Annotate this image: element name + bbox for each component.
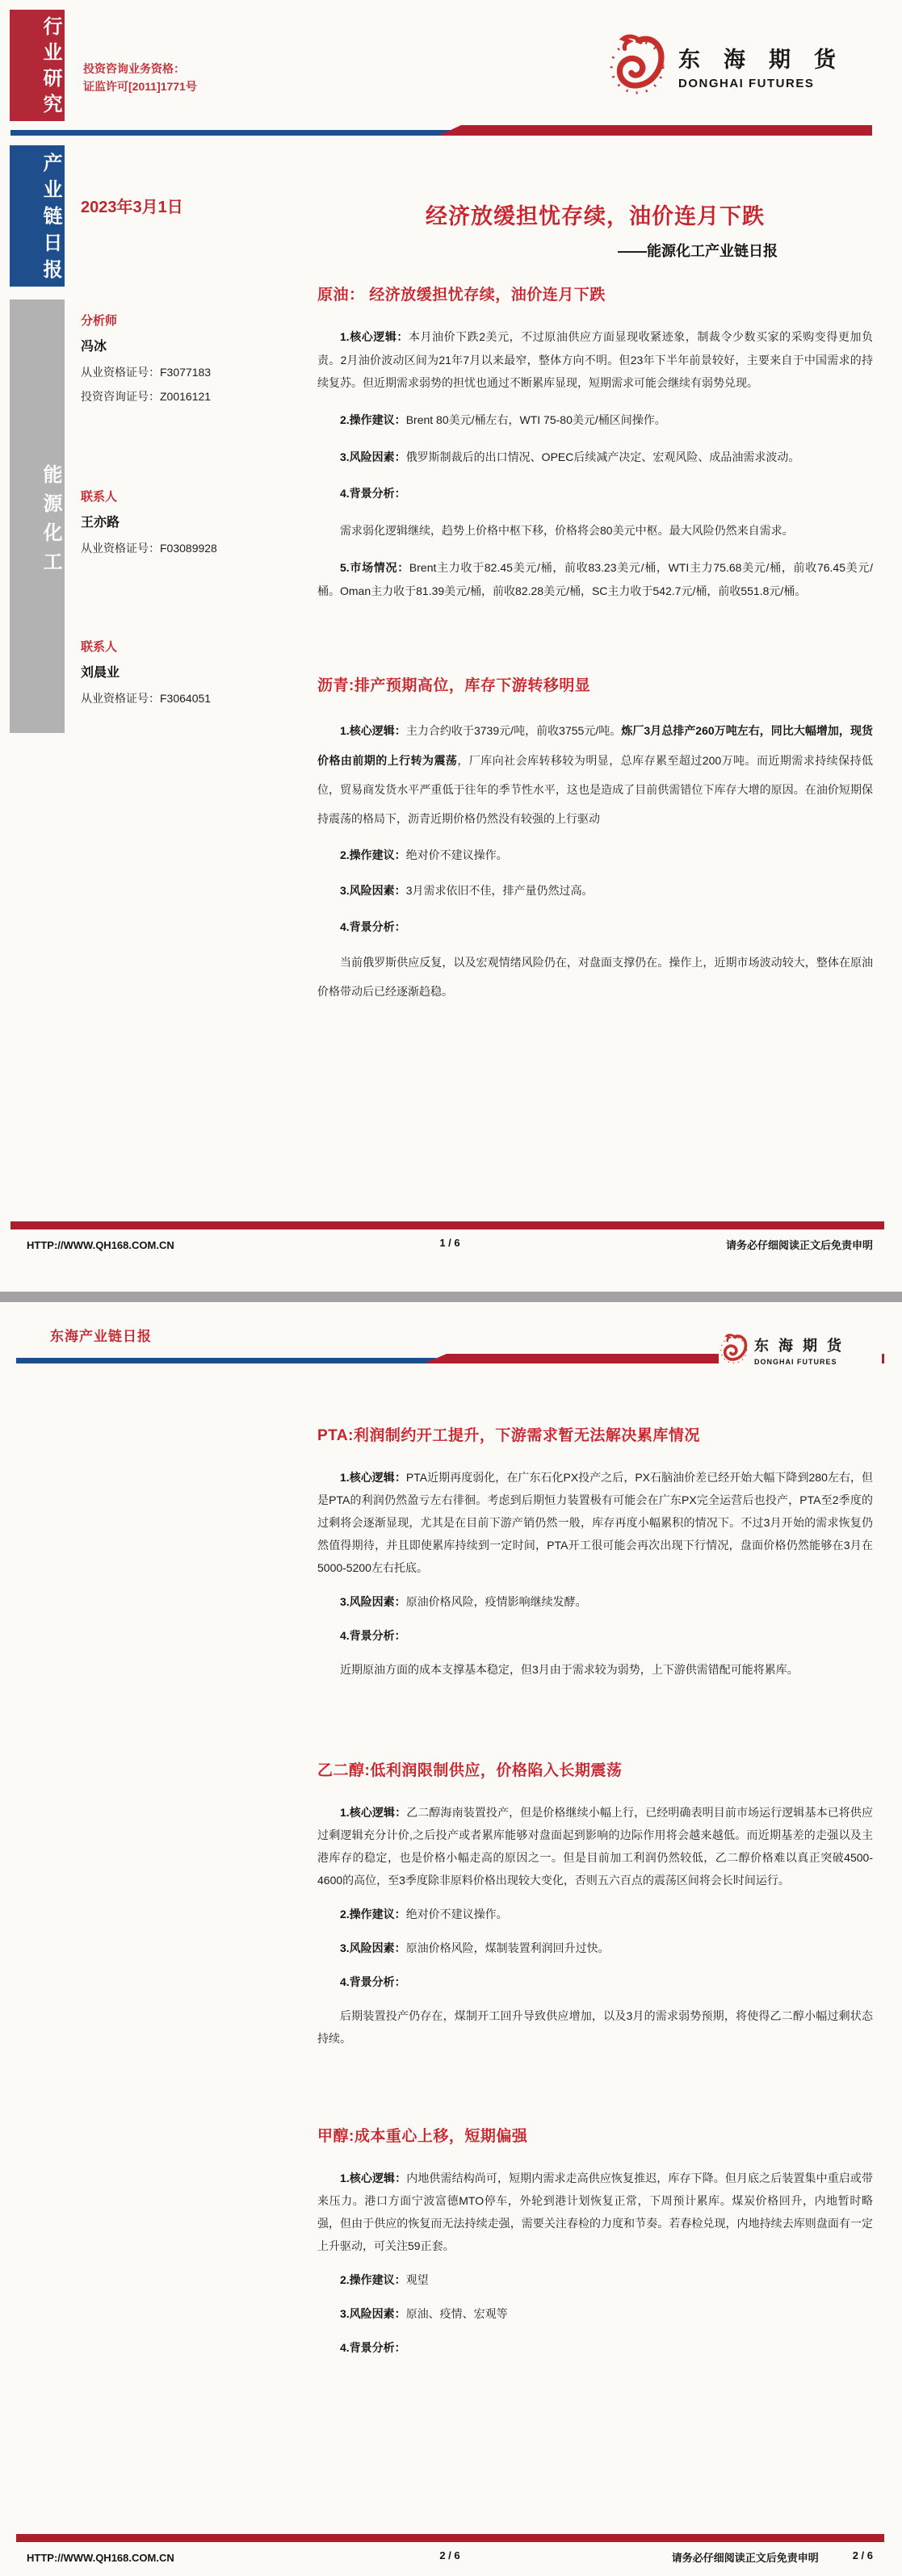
paragraph: 3.风险因素：原油价格风险，疫情影响继续发酵。	[317, 1590, 873, 1613]
para-text: 需求弱化逻辑继续，趋势上价格中枢下移，价格将会80美元中枢。最大风险仍然来自需求…	[340, 524, 794, 537]
para-label: 4.背景分析：	[340, 920, 406, 933]
paragraph: 近期原油方面的成本支撑基本稳定，但3月由于需求较为弱势，上下游供需错配可能将累库…	[317, 1658, 873, 1681]
report-subtitle: ——能源化工产业链日报	[317, 240, 873, 261]
page-2: 东海产业链日报 东海期货 DONGHAI FUTURES PTA:利润制约开工提…	[0, 1302, 902, 2576]
paragraph: 3.风险因素：3月需求依旧不佳，排产量仍然过高。	[317, 876, 873, 905]
logo-text: 东海期货 DONGHAI FUTURES	[678, 42, 859, 90]
page2-header-title: 东海产业链日报	[50, 1325, 152, 1345]
analyst-name: 冯冰	[81, 336, 311, 354]
tag-chain-daily: 产业链日报	[10, 145, 65, 287]
logo-text: 东海期货 DONGHAI FUTURES	[754, 1334, 851, 1366]
para-text: 原油价格风险，疫情影响继续发酵。	[406, 1595, 587, 1608]
paragraph: 需求弱化逻辑继续，趋势上价格中枢下移，价格将会80美元中枢。最大风险仍然来自需求…	[317, 519, 873, 542]
divider-blue-bar	[16, 1358, 436, 1363]
contact-name: 刘晨业	[81, 662, 311, 681]
crude-heading: 原油： 经济放缓担忧存续，油价连月下跌	[317, 283, 873, 304]
logo-name-cn: 东海期货	[678, 42, 859, 73]
paragraph: 2.操作建议：绝对价不建议操作。	[317, 840, 873, 869]
paragraph: 1.核心逻辑：乙二醇海南装置投产，但是价格继续小幅上行，已经明确表明目前市场运行…	[317, 1801, 873, 1891]
section-pta: PTA:利润制约开工提升，下游需求暂无法解决累库情况 1.核心逻辑：PTA近期再…	[317, 1423, 873, 1681]
page-number-right: 2 / 6	[853, 2549, 873, 2565]
paragraph: 后期装置投产仍存在，煤制开工回升导致供应增加，以及3月的需求弱势预期，将使得乙二…	[317, 2004, 873, 2050]
para-label: 2.操作建议：	[340, 413, 406, 426]
meg-heading: 乙二醇:低利润限制供应，价格陷入长期震荡	[317, 1758, 873, 1780]
paragraph: 5.市场情况：Brent主力收于82.45美元/桶，前收83.23美元/桶，WT…	[317, 556, 873, 602]
footer-bar	[10, 1221, 884, 1229]
logo-name-en: DONGHAI FUTURES	[678, 77, 859, 90]
para-label: 2.操作建议：	[340, 1908, 406, 1920]
footer-bar	[16, 2534, 884, 2542]
divider-red-bar	[438, 125, 872, 136]
para-label: 1.核心逻辑：	[340, 1471, 406, 1484]
para-text: 观望	[406, 2273, 429, 2286]
license-block: 投资咨询业务资格： 证监许可[2011]1771号	[83, 60, 197, 95]
footer-disclaimer: 请务必仔细阅读正文后免责申明	[672, 2549, 819, 2565]
para-label: 5.市场情况：	[340, 561, 409, 574]
contact-name: 王亦路	[81, 512, 311, 530]
license-line2: 证监许可[2011]1771号	[83, 77, 197, 95]
paragraph: 1.核心逻辑：本月油价下跌2美元，不过原油供应方面显现收紧迹象，制裁令少数买家的…	[317, 325, 873, 395]
contact-block: 联系人 刘晨业 从业资格证号：F3064051	[81, 638, 311, 710]
para-label: 1.核心逻辑：	[340, 1806, 406, 1819]
para-label: 3.风险因素：	[340, 884, 406, 897]
asphalt-heading: 沥青:排产预期高位，库存下游转移明显	[317, 673, 873, 695]
footer-right-group: 请务必仔细阅读正文后免责申明 2 / 6	[672, 2549, 873, 2565]
para-text: 当前俄罗斯供应反复，以及宏观情绪风险仍在，对盘面支撑仍在。操作上，近期市场波动较…	[317, 956, 873, 998]
tag-sector-energy-chem: 能源化工	[10, 299, 65, 733]
analyst-role: 分析师	[81, 312, 311, 329]
para-label: 3.风险因素：	[340, 2307, 406, 2320]
header-divider	[10, 125, 872, 136]
contact-role: 联系人	[81, 488, 311, 505]
paragraph: 3.风险因素：原油价格风险，煤制装置利润回升过快。	[317, 1937, 873, 1959]
section-ethylene-glycol: 乙二醇:低利润限制供应，价格陷入长期震荡 1.核心逻辑：乙二醇海南装置投产，但是…	[317, 1758, 873, 2050]
paragraph: 4.背景分析：	[317, 2336, 873, 2359]
para-label: 4.背景分析：	[340, 1975, 406, 1988]
company-logo-small: 东海期货 DONGHAI FUTURES	[719, 1318, 882, 1381]
para-label: 3.风险因素：	[340, 450, 406, 463]
para-label: 3.风险因素：	[340, 1595, 406, 1608]
authors-panel: 分析师 冯冰 从业资格证号：F3077183 投资咨询证号：Z0016121 联…	[81, 312, 311, 710]
section-asphalt: 沥青:排产预期高位，库存下游转移明显 1.核心逻辑：主力合约收于3739元/吨，…	[317, 673, 873, 1007]
logo-name-en: DONGHAI FUTURES	[754, 1358, 851, 1366]
para-text: 后期装置投产仍存在，煤制开工回升导致供应增加，以及3月的需求弱势预期，将使得乙二…	[317, 2009, 873, 2045]
contact-block: 联系人 王亦路 从业资格证号：F03089928	[81, 488, 311, 560]
para-text: Brent 80美元/桶左右，WTI 75-80美元/桶区间操作。	[406, 413, 666, 426]
footer-disclaimer: 请务必仔细阅读正文后免责申明	[726, 1237, 873, 1252]
page-1: 行业研究 投资咨询业务资格： 证监许可[2011]1771号 东海期货 DONG…	[0, 0, 902, 1292]
page-separator	[0, 1292, 902, 1302]
para-text: 主力合约收于3739元/吨，前收3755元/吨。	[406, 724, 622, 737]
footer-url-link[interactable]: HTTP://WWW.QH168.COM.CN	[27, 1239, 174, 1251]
dragon-icon	[719, 1330, 748, 1369]
para-label: 4.背景分析：	[340, 487, 406, 500]
company-logo: 东海期货 DONGHAI FUTURES	[607, 26, 874, 107]
paragraph: 2.操作建议：Brent 80美元/桶左右，WTI 75-80美元/桶区间操作。	[317, 408, 873, 432]
footer-row: HTTP://WWW.QH168.COM.CN 1 / 6 请务必仔细阅读正文后…	[27, 1237, 873, 1252]
paragraph: 4.背景分析：	[317, 482, 873, 505]
para-text: 俄罗斯制裁后的出口情况、OPEC后续减产决定、宏观风险、成品油需求波动。	[406, 450, 800, 463]
para-text: 原油价格风险，煤制装置利润回升过快。	[406, 1941, 610, 1954]
para-text: 绝对价不建议操作。	[406, 848, 508, 861]
paragraph: 1.核心逻辑：主力合约收于3739元/吨，前收3755元/吨。炼厂3月总排产26…	[317, 716, 873, 834]
license-line1: 投资咨询业务资格：	[83, 60, 197, 77]
analyst-cert1: 从业资格证号：F3077183	[81, 360, 311, 384]
paragraph: 2.操作建议：绝对价不建议操作。	[317, 1903, 873, 1925]
para-label: 4.背景分析：	[340, 2341, 406, 2354]
paragraph: 2.操作建议：观望	[317, 2268, 873, 2291]
report-date: 2023年3月1日	[81, 194, 183, 217]
report-title: 经济放缓担忧存续，油价连月下跌	[317, 199, 873, 230]
analyst-cert2: 投资咨询证号：Z0016121	[81, 384, 311, 408]
page2-content: PTA:利润制约开工提升，下游需求暂无法解决累库情况 1.核心逻辑：PTA近期再…	[317, 1423, 873, 2370]
contact-cert: 从业资格证号：F3064051	[81, 686, 311, 710]
dragon-icon	[607, 28, 665, 104]
paragraph: 4.背景分析：	[317, 912, 873, 941]
para-label: 1.核心逻辑：	[340, 724, 406, 737]
report-document: 行业研究 投资咨询业务资格： 证监许可[2011]1771号 东海期货 DONG…	[0, 0, 902, 2576]
tag-industry-research: 行业研究	[10, 10, 65, 121]
paragraph: 1.核心逻辑：PTA近期再度弱化，在广东石化PX投产之后，PX石脑油价差已经开始…	[317, 1466, 873, 1579]
footer-row: HTTP://WWW.QH168.COM.CN 2 / 6 请务必仔细阅读正文后…	[27, 2549, 873, 2565]
paragraph: 4.背景分析：	[317, 1971, 873, 1993]
para-label: 3.风险因素：	[340, 1941, 406, 1954]
paragraph: 3.风险因素：俄罗斯制裁后的出口情况、OPEC后续减产决定、宏观风险、成品油需求…	[317, 446, 873, 469]
methanol-heading: 甲醇:成本重心上移，短期偏强	[317, 2124, 873, 2146]
para-text: PTA近期再度弱化，在广东石化PX投产之后，PX石脑油价差已经开始大幅下降到28…	[317, 1471, 873, 1574]
para-label: 2.操作建议：	[340, 848, 406, 861]
para-text: 原油、疫情、宏观等	[406, 2307, 508, 2320]
para-label: 1.核心逻辑：	[340, 2172, 406, 2184]
para-label: 4.背景分析：	[340, 1629, 406, 1642]
para-label: 2.操作建议：	[340, 2273, 406, 2286]
page1-content: 原油： 经济放缓担忧存续，油价连月下跌 1.核心逻辑：本月油价下跌2美元，不过原…	[317, 283, 873, 1013]
pta-heading: PTA:利润制约开工提升，下游需求暂无法解决累库情况	[317, 1423, 873, 1445]
paragraph: 3.风险因素：原油、疫情、宏观等	[317, 2302, 873, 2325]
section-methanol: 甲醇:成本重心上移，短期偏强 1.核心逻辑：内地供需结构尚可，短期内需求走高供应…	[317, 2124, 873, 2359]
section-crude-oil: 原油： 经济放缓担忧存续，油价连月下跌 1.核心逻辑：本月油价下跌2美元，不过原…	[317, 283, 873, 602]
analyst-block: 分析师 冯冰 从业资格证号：F3077183 投资咨询证号：Z0016121	[81, 312, 311, 408]
paragraph: 4.背景分析：	[317, 1624, 873, 1647]
logo-name-cn: 东海期货	[754, 1334, 851, 1355]
divider-blue-bar	[10, 130, 451, 136]
para-text: 近期原油方面的成本支撑基本稳定，但3月由于需求较为弱势，上下游供需错配可能将累库…	[340, 1663, 799, 1676]
para-text: 绝对价不建议操作。	[406, 1908, 508, 1920]
para-label: 1.核心逻辑：	[340, 330, 409, 343]
para-text: 3月需求依旧不佳，排产量仍然过高。	[406, 884, 594, 897]
contact-role: 联系人	[81, 638, 311, 655]
contact-cert: 从业资格证号：F03089928	[81, 536, 311, 560]
footer-url-link[interactable]: HTTP://WWW.QH168.COM.CN	[27, 2552, 174, 2564]
paragraph: 当前俄罗斯供应反复，以及宏观情绪风险仍在，对盘面支撑仍在。操作上，近期市场波动较…	[317, 948, 873, 1007]
paragraph: 1.核心逻辑：内地供需结构尚可，短期内需求走高供应恢复推迟，库存下降。但月底之后…	[317, 2167, 873, 2257]
